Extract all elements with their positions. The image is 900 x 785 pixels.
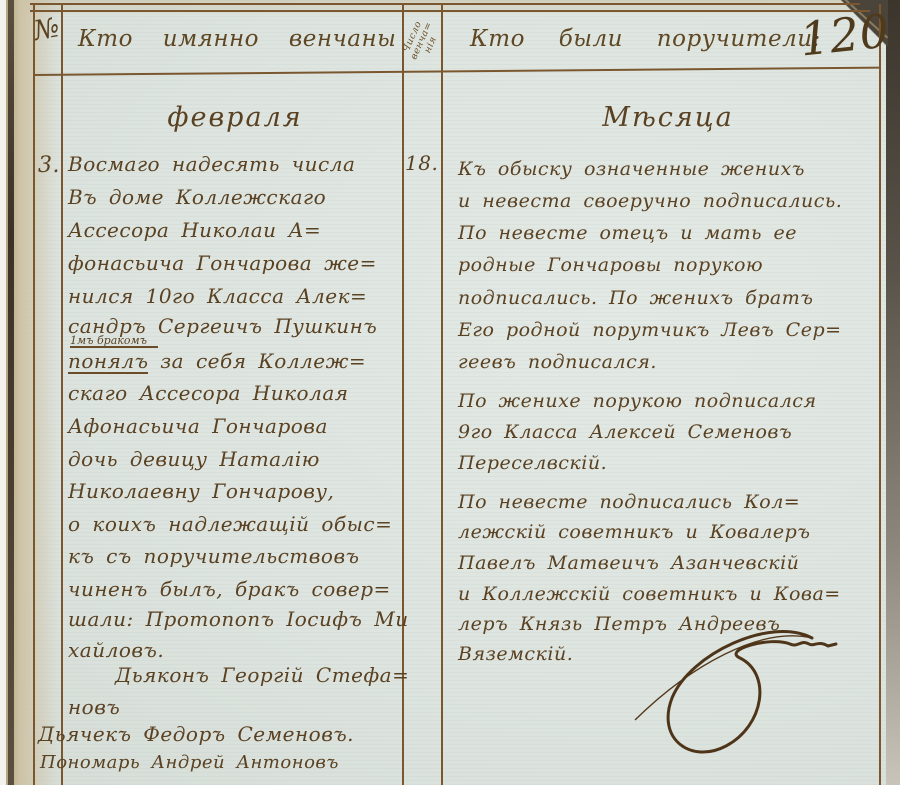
column-line-left-outer [33, 4, 35, 785]
right-text-line: По женихе порукою подписался [458, 390, 817, 412]
left-month-heading: февраля [68, 102, 402, 133]
column-line-right-outer [879, 4, 881, 785]
right-month-heading: Мѣсяца [458, 102, 878, 133]
right-text-line: 9го Класса Алексей Семеновъ [458, 421, 792, 443]
right-text-line: Его родной порутчикъ Левъ Сер= [458, 319, 842, 341]
scan-right-margin [886, 0, 900, 785]
left-text-line: фонасьича Гончарова же= [68, 251, 377, 275]
left-text-line: дочь девицу Наталію [68, 447, 320, 471]
left-text-line: нился 10го Класса Алек= [68, 284, 367, 308]
right-text-line: подписались. По женихъ братъ [458, 287, 813, 309]
left-text-line: къ съ поручительствовъ [68, 544, 359, 568]
page-number: 120 [797, 3, 891, 66]
entry-wedding-day: 18. [405, 151, 438, 175]
right-text-line: По невесте отецъ и мать ее [458, 222, 797, 244]
left-text-line: понялъ за себя Коллеж= [68, 349, 366, 373]
right-text-line: По невесте подписались Кол= [458, 491, 800, 513]
left-text-line: новъ [68, 695, 120, 719]
binding-crease [8, 0, 14, 785]
column-line-date-right [441, 4, 443, 785]
table-top-border-inner [30, 10, 870, 12]
right-text-line: Къ обыску означенные женихъ [458, 158, 805, 180]
right-text-line: родные Гончаровы порукою [458, 254, 763, 276]
right-text-line: Переселвскій. [458, 452, 607, 474]
left-text-line: о коихъ надлежащій обыс= [68, 512, 392, 536]
left-text-line: хайловъ. [68, 638, 164, 662]
right-text-line: и невеста своеручно подписались. [458, 190, 842, 212]
left-column-title: Кто имянно венчаны [78, 26, 396, 52]
underline-ponyal [68, 372, 148, 374]
left-text-line: Восмаго надесять числа [68, 152, 355, 176]
right-text-line: Вяземскій. [458, 643, 573, 665]
left-text-line: шали: Протопопъ Іосифъ Ми [68, 607, 409, 631]
left-text-line: Николаевну Гончарову, [68, 479, 334, 503]
left-text-line: Пономарь Андрей Антоновъ [40, 752, 339, 773]
left-text-line: Въ доме Коллежскаго [68, 185, 326, 209]
interlinear-strike [70, 346, 158, 348]
right-column-title: Кто были поручители: [470, 26, 821, 52]
signature-flourish-icon [620, 598, 870, 763]
left-text-line: Дьяконъ Георгій Стефа= [115, 663, 409, 687]
left-text-line: Дьячекъ Федоръ Семеновъ. [38, 722, 354, 746]
left-text-line: чиненъ былъ, бракъ совер= [68, 577, 391, 601]
column-line-number [61, 4, 63, 785]
table-top-border-outer [30, 3, 860, 5]
entry-row-number: 3. [38, 153, 60, 178]
left-text-line: скаго Ассесора Николая [68, 381, 349, 405]
right-text-line: лежскій советникъ и Ковалеръ [458, 521, 810, 543]
numero-sign-icon: № [32, 12, 63, 47]
register-page-scan: № Кто имянно венчаны Число венча= нія Кт… [0, 0, 900, 785]
left-text-line: Ассесора Николаи А= [68, 218, 321, 242]
right-text-line: геевъ подписался. [458, 351, 657, 373]
right-text-line: Павелъ Матвеичъ Азанчевскій [458, 552, 799, 574]
left-text-line: Афонасьича Гончарова [68, 414, 328, 438]
